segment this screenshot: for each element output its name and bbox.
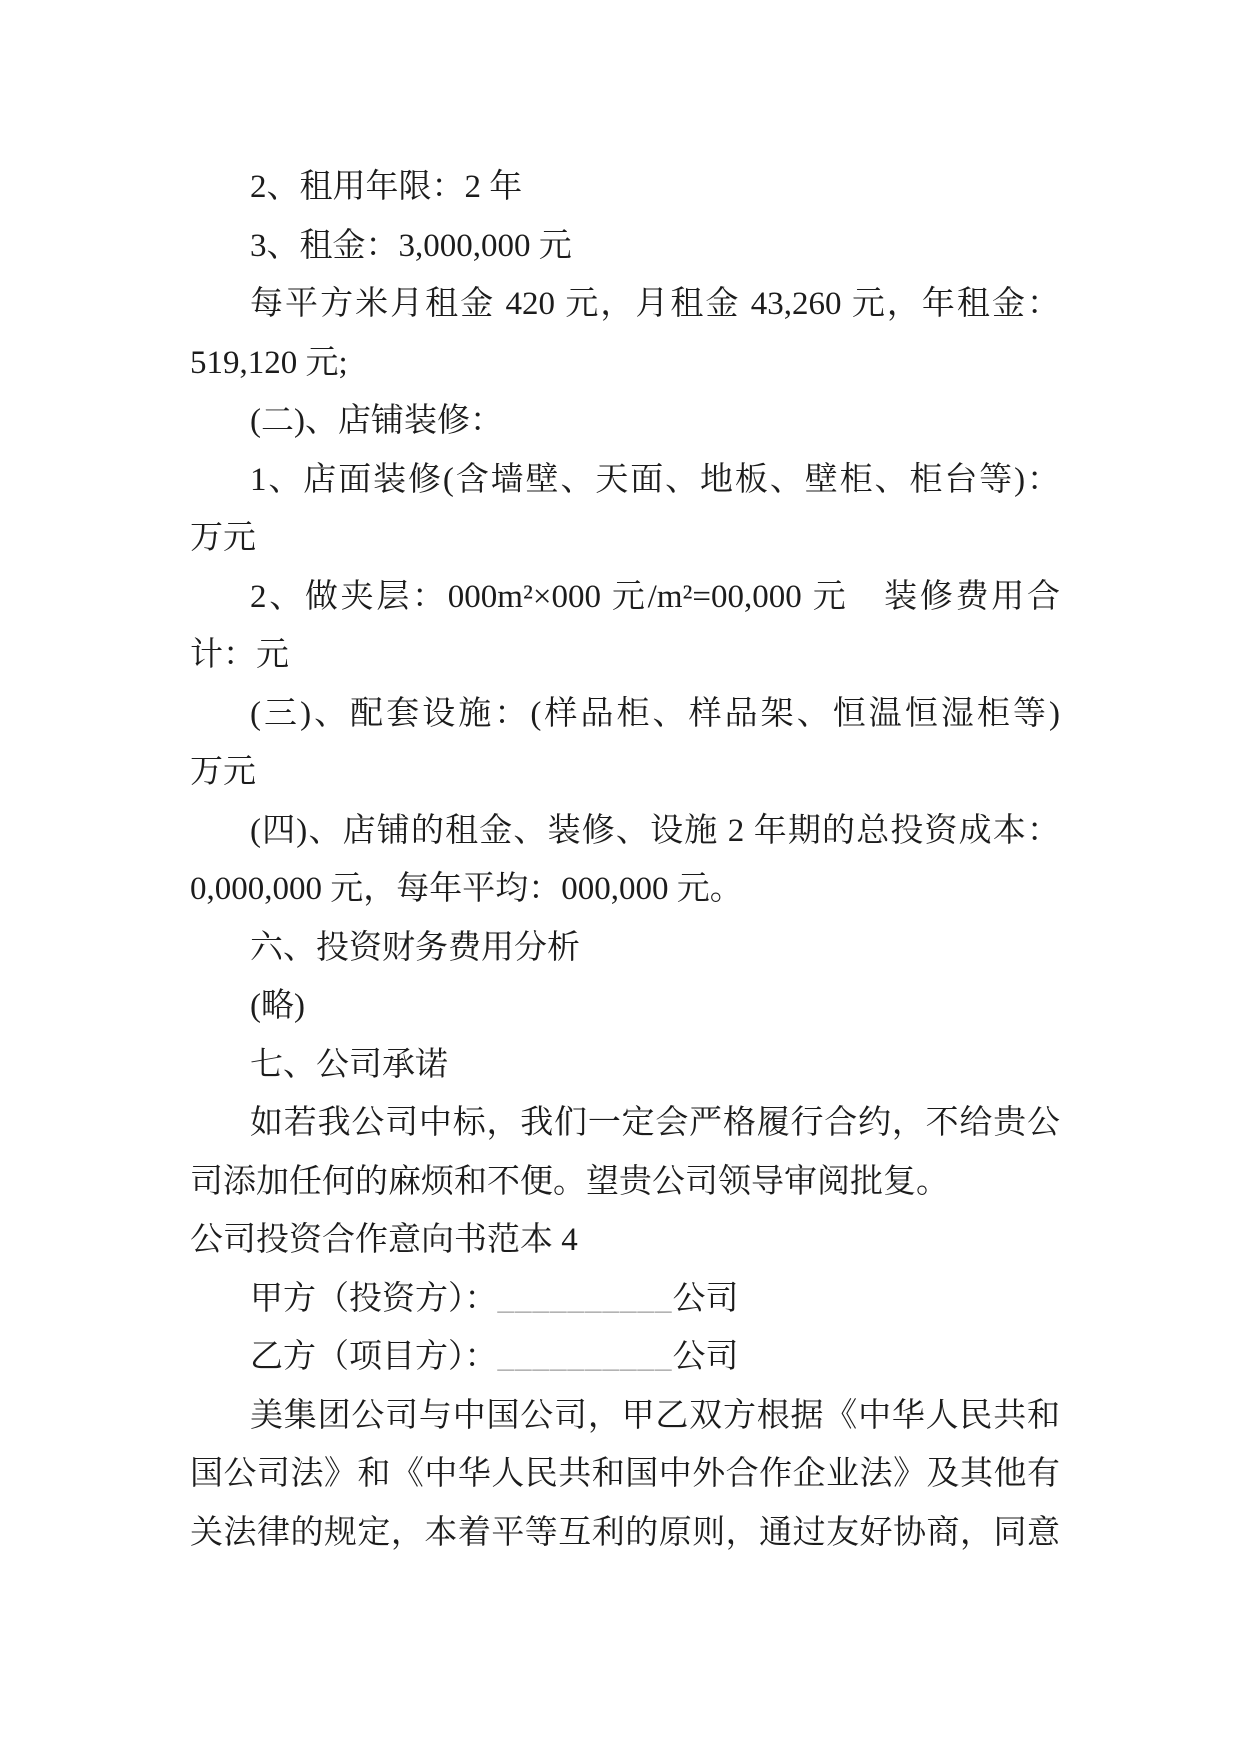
document-line: (二)、店铺装修： bbox=[190, 392, 1060, 451]
text-part: 公司 bbox=[673, 1281, 739, 1317]
document-line: (三)、配套设施：(样品柜、样品架、恒温恒湿柜等) bbox=[190, 685, 1060, 744]
document-line: 万元 bbox=[190, 509, 1060, 568]
document-body-text: 2、租用年限：2 年3、租金：3,000,000 元每平方米月租金 420 元，… bbox=[190, 158, 1060, 1562]
document-line: 2、做夹层：000m²×000 元/m²=00,000 元 装修费用合 bbox=[190, 568, 1060, 627]
document-canvas: { "page": { "background_color": "#ffffff… bbox=[0, 0, 1241, 1754]
document-line: 司添加任何的麻烦和不便。望贵公司领导审阅批复。 bbox=[190, 1153, 1060, 1212]
document-line: 每平方米月租金 420 元，月租金 43,260 元，年租金： bbox=[190, 275, 1060, 334]
text-part: 公司 bbox=[673, 1339, 739, 1375]
document-line: 3、租金：3,000,000 元 bbox=[190, 217, 1060, 276]
document-line: 计：元 bbox=[190, 626, 1060, 685]
document-line: 国公司法》和《中华人民共和国中外合作企业法》及其他有 bbox=[190, 1445, 1060, 1504]
document-line: 公司投资合作意向书范本 4 bbox=[190, 1211, 1060, 1270]
document-line: (略) bbox=[190, 977, 1060, 1036]
document-line: 美集团公司与中国公司，甲乙双方根据《中华人民共和 bbox=[190, 1387, 1060, 1446]
document-line: 七、公司承诺 bbox=[190, 1036, 1060, 1095]
blank-underline: __________ bbox=[498, 1339, 673, 1375]
text-part: 甲方（投资方）： bbox=[250, 1281, 498, 1317]
document-line: 六、投资财务费用分析 bbox=[190, 919, 1060, 978]
document-line: 如若我公司中标，我们一定会严格履行合约，不给贵公 bbox=[190, 1094, 1060, 1153]
document-line: 0,000,000 元，每年平均：000,000 元。 bbox=[190, 860, 1060, 919]
document-line: (四)、店铺的租金、装修、设施 2 年期的总投资成本： bbox=[190, 802, 1060, 861]
document-line: 519,120 元; bbox=[190, 334, 1060, 393]
document-line: 1、店面装修(含墙壁、天面、地板、壁柜、柜台等)： bbox=[190, 451, 1060, 510]
document-line: 万元 bbox=[190, 743, 1060, 802]
document-line: 关法律的规定，本着平等互利的原则，通过友好协商，同意 bbox=[190, 1504, 1060, 1563]
document-line: 甲方（投资方）：__________公司 bbox=[190, 1270, 1060, 1329]
text-part: 乙方（项目方）： bbox=[250, 1339, 498, 1375]
document-line: 2、租用年限：2 年 bbox=[190, 158, 1060, 217]
document-page: 2、租用年限：2 年3、租金：3,000,000 元每平方米月租金 420 元，… bbox=[0, 0, 1241, 1754]
blank-underline: __________ bbox=[498, 1281, 673, 1317]
document-line: 乙方（项目方）：__________公司 bbox=[190, 1328, 1060, 1387]
